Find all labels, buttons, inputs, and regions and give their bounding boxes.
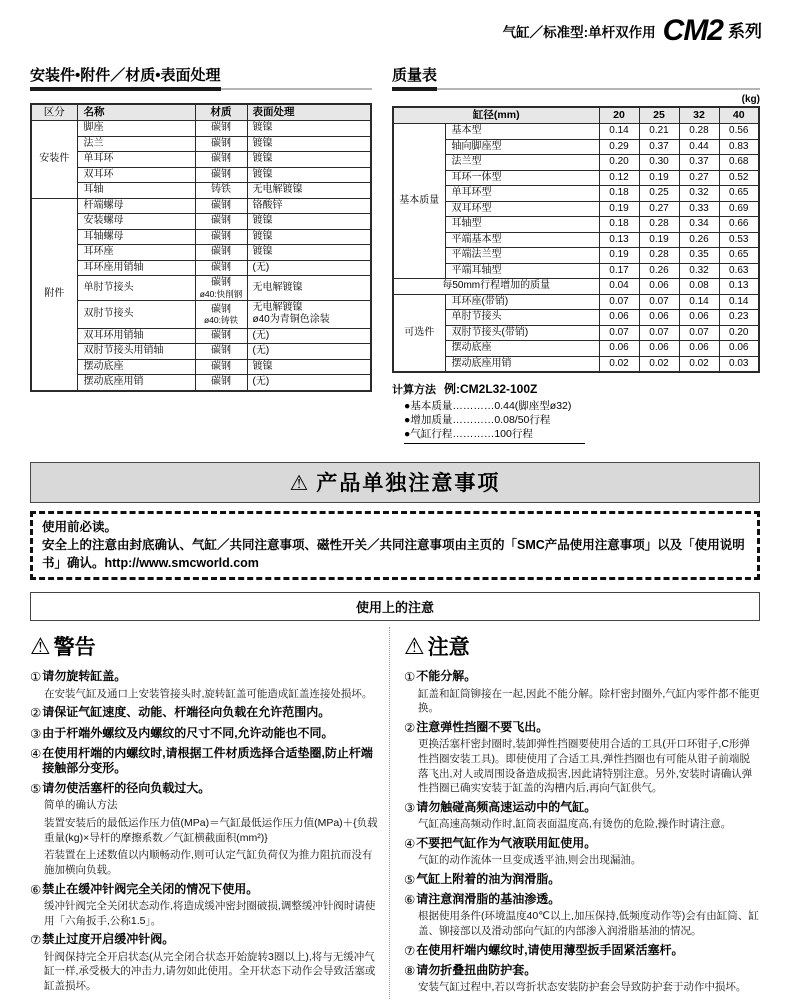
product-notice-banner: ⚠产品单独注意事项 bbox=[30, 462, 760, 503]
note-heading: ②请保证气缸速度、动能、杆端径向负载在允许范围内。 bbox=[30, 705, 379, 721]
usage-notes-title-bar: 使用上的注意 bbox=[30, 592, 760, 621]
table-row: 法兰碳钢镀镍 bbox=[31, 136, 371, 152]
weight-value-cell: 0.06 bbox=[599, 310, 639, 326]
note-item: ②注意弹性挡圈不要飞出。更换活塞杆密封圈时,装卸弹性挡圈要使用合适的工具(开口环… bbox=[404, 720, 760, 796]
surface-cell: (无) bbox=[247, 260, 371, 276]
surface-cell: 镀镍 bbox=[247, 229, 371, 245]
weight-value-cell: 0.14 bbox=[599, 124, 639, 140]
weight-value-cell: 0.35 bbox=[679, 248, 719, 264]
note-heading: ⑥禁止在缓冲针阀完全关闭的情况下使用。 bbox=[30, 882, 379, 898]
table-row: 双肘节接头碳钢ø40:铸铁无电解镀镍ø40为青铜色涂装 bbox=[31, 300, 371, 328]
note-heading-text: 请勿旋转缸盖。 bbox=[42, 669, 126, 685]
surface-line: 镀镍 bbox=[253, 246, 367, 259]
table-row: 基本质量基本型0.140.210.280.56 bbox=[393, 124, 759, 140]
part-name-cell: 单肘节接头 bbox=[77, 276, 195, 301]
weight-value-cell: 0.18 bbox=[599, 186, 639, 202]
column-header-material: 材质 bbox=[195, 104, 247, 121]
preread-line1: 使用前必读。 bbox=[42, 518, 748, 536]
part-name-cell: 双耳环 bbox=[77, 167, 195, 183]
note-heading: ⑦在使用杆端内螺纹时,请使用薄型扳手固紧活塞杆。 bbox=[404, 943, 760, 959]
column-header-surface: 表面处理 bbox=[247, 104, 371, 121]
preread-line2: 安全上的注意由封底确认、气缸／共同注意事项、磁性开关／共同注意事项由主页的「SM… bbox=[42, 536, 748, 572]
usage-notes-columns: ⚠ 警告 ①请勿旋转缸盖。在安装气缸及通口上安装管接头时,旋转缸盖可能造成缸盖连… bbox=[30, 627, 760, 999]
material-line: 碳钢 bbox=[200, 231, 243, 244]
weight-value-cell: 0.19 bbox=[599, 201, 639, 217]
table-row: 轴向脚座型0.290.370.440.83 bbox=[393, 139, 759, 155]
weight-section: 质量表 (kg) 缸径(mm)20253240 基本质量基本型0.140.210… bbox=[392, 64, 760, 444]
materials-section: 安装件•附件／材质•表面处理 区分 名称 材质 表面处理 安装件脚座碳钢镀镍法兰… bbox=[30, 64, 372, 444]
weight-value-cell: 0.63 bbox=[719, 263, 759, 279]
table-row: 平端法兰型0.190.280.350.65 bbox=[393, 248, 759, 264]
note-number: ② bbox=[404, 720, 415, 736]
weight-value-cell: 0.27 bbox=[639, 201, 679, 217]
table-row: 安装螺母碳钢镀镍 bbox=[31, 214, 371, 230]
category-cell: 附件 bbox=[31, 198, 77, 391]
table-row: 摆动底座用销0.020.020.020.03 bbox=[393, 356, 759, 372]
note-heading: ⑥请注意润滑脂的基油渗透。 bbox=[404, 892, 760, 908]
weight-value-cell: 0.17 bbox=[599, 263, 639, 279]
part-name-cell: 法兰 bbox=[77, 136, 195, 152]
surface-line: (无) bbox=[253, 376, 367, 389]
top-area: 安装件•附件／材质•表面处理 区分 名称 材质 表面处理 安装件脚座碳钢镀镍法兰… bbox=[30, 64, 760, 444]
weight-value-cell: 0.28 bbox=[639, 217, 679, 233]
material-line: 碳钢 bbox=[200, 215, 243, 228]
note-item: ⑦禁止过度开启缓冲针阀。针阀保持完全开启状态(从完全闭合状态开始旋转3圈以上),… bbox=[30, 932, 379, 993]
note-item: ①不能分解。缸盖和缸筒铆接在一起,因此不能分解。除杆密封圈外,气缸内零件都不能更… bbox=[404, 669, 760, 716]
part-name-cell: 耳轴 bbox=[77, 183, 195, 199]
note-heading-text: 请保证气缸速度、动能、杆端径向负载在允许范围内。 bbox=[42, 705, 330, 721]
note-heading: ⑤请勿使活塞杆的径向负载过大。 bbox=[30, 781, 379, 797]
note-heading: ①不能分解。 bbox=[404, 669, 760, 685]
part-name-cell: 安装螺母 bbox=[77, 214, 195, 230]
weight-value-cell: 0.06 bbox=[599, 341, 639, 357]
note-heading: ②注意弹性挡圈不要飞出。 bbox=[404, 720, 760, 736]
note-heading: ③请勿触碰高频高速运动中的气缸。 bbox=[404, 800, 760, 816]
weight-value-cell: 0.13 bbox=[719, 279, 759, 295]
weight-unit-label: (kg) bbox=[392, 94, 760, 105]
note-heading-text: 禁止在缓冲针阀完全关闭的情况下使用。 bbox=[42, 882, 258, 898]
weight-section-title: 质量表 bbox=[392, 64, 437, 91]
table-row: 双耳环碳钢镀镍 bbox=[31, 167, 371, 183]
table-row: 双耳环型0.190.270.330.69 bbox=[393, 201, 759, 217]
note-heading: ④不要把气缸作为气液联用缸使用。 bbox=[404, 836, 760, 852]
table-row: 安装件脚座碳钢镀镍 bbox=[31, 121, 371, 137]
model-type-cell: 耳环一体型 bbox=[445, 170, 599, 186]
weight-value-cell: 0.53 bbox=[719, 232, 759, 248]
table-row: 双肘节接头(带销)0.070.070.070.20 bbox=[393, 325, 759, 341]
material-cell: 碳钢 bbox=[195, 344, 247, 360]
material-cell: 碳钢 bbox=[195, 245, 247, 261]
weight-value-cell: 0.52 bbox=[719, 170, 759, 186]
part-name-cell: 耳环座用销轴 bbox=[77, 260, 195, 276]
material-cell: 碳钢 bbox=[195, 359, 247, 375]
surface-cell: 镀镍 bbox=[247, 214, 371, 230]
weight-value-cell: 0.32 bbox=[679, 263, 719, 279]
weight-value-cell: 0.65 bbox=[719, 186, 759, 202]
note-heading: ⑤气缸上附着的油为润滑脂。 bbox=[404, 872, 760, 888]
note-heading: ④在使用杆端的内螺纹时,请根据工件材质选择合适垫圈,防止杆端接触部分变形。 bbox=[30, 746, 379, 777]
page-title-prefix: 气缸／标准型:单杆双作用 bbox=[503, 25, 656, 40]
warning-triangle-icon: ⚠ bbox=[30, 633, 51, 660]
warning-heading-label: 警告 bbox=[54, 631, 96, 661]
surface-line: 镀镍 bbox=[253, 122, 367, 135]
surface-cell: 无电解镀镍ø40为青铜色涂装 bbox=[247, 300, 371, 328]
material-cell: 碳钢 bbox=[195, 198, 247, 214]
note-number: ④ bbox=[30, 746, 41, 777]
material-cell: 铸铁 bbox=[195, 183, 247, 199]
material-line: 碳钢 bbox=[200, 153, 243, 166]
weight-group-cell: 基本质量 bbox=[393, 124, 445, 279]
page-content: 安装件•附件／材质•表面处理 区分 名称 材质 表面处理 安装件脚座碳钢镀镍法兰… bbox=[0, 64, 790, 999]
model-type-cell: 单耳环型 bbox=[445, 186, 599, 202]
weight-value-cell: 0.06 bbox=[679, 341, 719, 357]
material-line: 碳钢 bbox=[200, 345, 243, 358]
caution-items: ①不能分解。缸盖和缸筒铆接在一起,因此不能分解。除杆密封圈外,气缸内零件都不能更… bbox=[404, 669, 760, 995]
note-number: ④ bbox=[404, 836, 415, 852]
table-row: 可选件耳环座(带销)0.070.070.140.14 bbox=[393, 294, 759, 310]
model-type-cell: 平端法兰型 bbox=[445, 248, 599, 264]
column-header-category: 区分 bbox=[31, 104, 77, 121]
surface-line: (无) bbox=[253, 345, 367, 358]
weight-value-cell: 0.14 bbox=[719, 294, 759, 310]
series-model-name: CM2 bbox=[663, 14, 723, 47]
weight-value-cell: 0.06 bbox=[639, 341, 679, 357]
note-number: ⑦ bbox=[404, 943, 415, 959]
model-type-cell: 基本型 bbox=[445, 124, 599, 140]
surface-line: 镀镍 bbox=[253, 153, 367, 166]
table-row: 耳环一体型0.120.190.270.52 bbox=[393, 170, 759, 186]
note-body-text: 简单的确认方法 bbox=[44, 798, 379, 813]
model-type-cell: 耳轴型 bbox=[445, 217, 599, 233]
material-line: 碳钢 bbox=[200, 138, 243, 151]
note-number: ③ bbox=[30, 726, 41, 742]
note-heading-text: 请勿使活塞杆的径向负载过大。 bbox=[42, 781, 210, 797]
model-type-cell: 轴向脚座型 bbox=[445, 139, 599, 155]
weight-value-cell: 0.07 bbox=[639, 325, 679, 341]
note-heading: ①请勿旋转缸盖。 bbox=[30, 669, 379, 685]
model-type-cell: 平端耳轴型 bbox=[445, 263, 599, 279]
weight-value-cell: 0.83 bbox=[719, 139, 759, 155]
weight-value-cell: 0.30 bbox=[639, 155, 679, 171]
surface-line: 镀镍 bbox=[253, 361, 367, 374]
note-body-text: 更换活塞杆密封圈时,装卸弹性挡圈要使用合适的工具(开口环钳子,C形弹性挡圈安装工… bbox=[418, 737, 760, 796]
weight-value-cell: 0.02 bbox=[679, 356, 719, 372]
note-item: ⑤气缸上附着的油为润滑脂。 bbox=[404, 872, 760, 888]
surface-cell: 无电解镀镍 bbox=[247, 183, 371, 199]
material-cell: 碳钢 bbox=[195, 121, 247, 137]
note-item: ④在使用杆端的内螺纹时,请根据工件材质选择合适垫圈,防止杆端接触部分变形。 bbox=[30, 746, 379, 777]
note-item: ①请勿旋转缸盖。在安装气缸及通口上安装管接头时,旋转缸盖可能造成缸盖连接处损坏。 bbox=[30, 669, 379, 701]
column-header-bore-size: 20 bbox=[599, 107, 639, 124]
calc-line: ●增加质量…………0.08/50行程 bbox=[404, 413, 571, 427]
weight-value-cell: 0.28 bbox=[679, 124, 719, 140]
calc-method-header: 计算方法例:CM2L32-100Z bbox=[392, 380, 760, 397]
note-heading-text: 请勿触碰高频高速运动中的气缸。 bbox=[416, 800, 596, 816]
weight-value-cell: 0.02 bbox=[599, 356, 639, 372]
calc-line: ●基本质量…………0.44(脚座型ø32) bbox=[404, 399, 571, 413]
note-number: ② bbox=[30, 705, 41, 721]
table-row: 摆动底座用销碳钢(无) bbox=[31, 375, 371, 391]
note-number: ⑥ bbox=[30, 882, 41, 898]
surface-cell: 镀镍 bbox=[247, 167, 371, 183]
warning-triangle-icon: ⚠ bbox=[290, 472, 309, 495]
calc-lines: ●基本质量…………0.44(脚座型ø32)●增加质量…………0.08/50行程●… bbox=[404, 399, 585, 444]
weight-value-cell: 0.44 bbox=[679, 139, 719, 155]
surface-cell: (无) bbox=[247, 328, 371, 344]
weight-table: 缸径(mm)20253240 基本质量基本型0.140.210.280.56轴向… bbox=[392, 106, 760, 373]
note-heading-text: 在使用杆端内螺纹时,请使用薄型扳手固紧活塞杆。 bbox=[416, 943, 683, 959]
note-heading-text: 不要把气缸作为气液联用缸使用。 bbox=[416, 836, 596, 852]
weight-value-cell: 0.23 bbox=[719, 310, 759, 326]
warning-triangle-icon: ⚠ bbox=[404, 633, 425, 660]
weight-header-row: 缸径(mm)20253240 bbox=[393, 107, 759, 124]
surface-line: (无) bbox=[253, 330, 367, 343]
material-cell: 碳钢 bbox=[195, 214, 247, 230]
material-line: 碳钢 bbox=[200, 200, 243, 213]
surface-cell: (无) bbox=[247, 375, 371, 391]
material-line: ø40:铸铁 bbox=[200, 316, 243, 325]
surface-cell: 镀镍 bbox=[247, 121, 371, 137]
note-heading-text: 不能分解。 bbox=[416, 669, 476, 685]
note-item: ⑤请勿使活塞杆的径向负载过大。简单的确认方法装置安装后的最低运作压力值(MPa)… bbox=[30, 781, 379, 878]
weight-value-cell: 0.19 bbox=[639, 232, 679, 248]
weight-value-cell: 0.28 bbox=[639, 248, 679, 264]
title-rule bbox=[437, 88, 760, 90]
weight-value-cell: 0.04 bbox=[599, 279, 639, 295]
calc-line: ●气缸行程…………100行程 bbox=[404, 427, 571, 441]
calc-method-label: 计算方法 bbox=[392, 384, 436, 396]
note-item: ②请保证气缸速度、动能、杆端径向负载在允许范围内。 bbox=[30, 705, 379, 721]
model-type-cell: 双耳环型 bbox=[445, 201, 599, 217]
note-item: ⑥禁止在缓冲针阀完全关闭的情况下使用。缓冲针阀完全关闭状态动作,将造成缓冲密封圈… bbox=[30, 882, 379, 929]
material-line: 碳钢 bbox=[200, 277, 243, 290]
weight-value-cell: 0.66 bbox=[719, 217, 759, 233]
surface-line: 铬酸锌 bbox=[253, 200, 367, 213]
weight-value-cell: 0.37 bbox=[679, 155, 719, 171]
material-line: 碳钢 bbox=[200, 330, 243, 343]
weight-value-cell: 0.02 bbox=[639, 356, 679, 372]
material-cell: 碳钢 bbox=[195, 167, 247, 183]
surface-cell: 铬酸锌 bbox=[247, 198, 371, 214]
note-number: ⑧ bbox=[404, 963, 415, 979]
weight-value-cell: 0.07 bbox=[599, 294, 639, 310]
weight-value-cell: 0.07 bbox=[679, 325, 719, 341]
table-row: 单肘节接头0.060.060.060.23 bbox=[393, 310, 759, 326]
weight-value-cell: 0.13 bbox=[599, 232, 639, 248]
surface-cell: 镀镍 bbox=[247, 245, 371, 261]
title-rule bbox=[221, 88, 372, 90]
caution-heading-label: 注意 bbox=[428, 631, 470, 661]
weight-value-cell: 0.37 bbox=[639, 139, 679, 155]
weight-value-cell: 0.19 bbox=[599, 248, 639, 264]
weight-value-cell: 0.56 bbox=[719, 124, 759, 140]
surface-line: 镀镍 bbox=[253, 138, 367, 151]
weight-table-body: 基本质量基本型0.140.210.280.56轴向脚座型0.290.370.44… bbox=[393, 124, 759, 373]
weight-value-cell: 0.69 bbox=[719, 201, 759, 217]
caution-heading: ⚠ 注意 bbox=[404, 631, 760, 661]
note-heading-text: 禁止过度开启缓冲针阀。 bbox=[42, 932, 174, 948]
table-row: 摆动底座0.060.060.060.06 bbox=[393, 341, 759, 357]
preread-box: 使用前必读。 安全上的注意由封底确认、气缸／共同注意事项、磁性开关／共同注意事项… bbox=[30, 511, 760, 580]
page-header: 气缸／标准型:单杆双作用CM2系列 bbox=[0, 0, 790, 48]
warning-column: ⚠ 警告 ①请勿旋转缸盖。在安装气缸及通口上安装管接头时,旋转缸盖可能造成缸盖连… bbox=[30, 627, 390, 999]
surface-line: 无电解镀镍 bbox=[253, 184, 367, 197]
materials-section-header: 安装件•附件／材质•表面处理 bbox=[30, 64, 372, 91]
table-row: 耳轴螺母碳钢镀镍 bbox=[31, 229, 371, 245]
materials-table-body: 安装件脚座碳钢镀镍法兰碳钢镀镍单耳环碳钢镀镍双耳环碳钢镀镍耳轴铸铁无电解镀镍附件… bbox=[31, 121, 371, 391]
surface-line: 无电解镀镍 bbox=[253, 302, 367, 315]
part-name-cell: 脚座 bbox=[77, 121, 195, 137]
model-type-cell: 耳环座(带销) bbox=[445, 294, 599, 310]
weight-value-cell: 0.65 bbox=[719, 248, 759, 264]
table-row: 平端耳轴型0.170.260.320.63 bbox=[393, 263, 759, 279]
part-name-cell: 耳环座 bbox=[77, 245, 195, 261]
weight-value-cell: 0.03 bbox=[719, 356, 759, 372]
category-cell: 安装件 bbox=[31, 121, 77, 199]
material-line: 碳钢 bbox=[200, 376, 243, 389]
column-header-bore: 缸径(mm) bbox=[393, 107, 599, 124]
weight-value-cell: 0.06 bbox=[639, 310, 679, 326]
note-body-text: 在安装气缸及通口上安装管接头时,旋转缸盖可能造成缸盖连接处损坏。 bbox=[44, 687, 379, 702]
materials-table-head: 区分 名称 材质 表面处理 bbox=[31, 104, 371, 121]
model-type-cell: 法兰型 bbox=[445, 155, 599, 171]
surface-line: 镀镍 bbox=[253, 231, 367, 244]
weight-value-cell: 0.25 bbox=[639, 186, 679, 202]
note-heading-text: 由于杆端外螺纹及内螺纹的尺寸不同,允许动能也不同。 bbox=[42, 726, 333, 742]
material-line: 铸铁 bbox=[200, 184, 243, 197]
surface-cell: 无电解镀镍 bbox=[247, 276, 371, 301]
weight-value-cell: 0.27 bbox=[679, 170, 719, 186]
note-body-text: 针阀保持完全开启状态(从完全闭合状态开始旋转3圈以上),将与无缓冲气缸一样,承受… bbox=[44, 950, 379, 994]
weight-section-header: 质量表 bbox=[392, 64, 760, 91]
table-row: 耳环座碳钢镀镍 bbox=[31, 245, 371, 261]
note-body-text: 缸盖和缸筒铆接在一起,因此不能分解。除杆密封圈外,气缸内零件都不能更换。 bbox=[418, 687, 760, 716]
column-header-bore-size: 25 bbox=[639, 107, 679, 124]
model-type-cell: 单肘节接头 bbox=[445, 310, 599, 326]
weight-group-cell: 可选件 bbox=[393, 294, 445, 372]
note-number: ⑤ bbox=[30, 781, 41, 797]
note-item: ③由于杆端外螺纹及内螺纹的尺寸不同,允许动能也不同。 bbox=[30, 726, 379, 742]
surface-cell: 镀镍 bbox=[247, 359, 371, 375]
column-header-name: 名称 bbox=[77, 104, 195, 121]
material-line: 碳钢 bbox=[200, 169, 243, 182]
model-type-cell: 摆动底座 bbox=[445, 341, 599, 357]
note-body-text: 气缸高速高频动作时,缸筒表面温度高,有烫伤的危险,操作时请注意。 bbox=[418, 817, 760, 832]
note-number: ⑥ bbox=[404, 892, 415, 908]
weight-value-cell: 0.32 bbox=[679, 186, 719, 202]
material-cell: 碳钢 bbox=[195, 328, 247, 344]
note-number: ① bbox=[30, 669, 41, 685]
surface-cell: 镀镍 bbox=[247, 136, 371, 152]
weight-value-cell: 0.07 bbox=[639, 294, 679, 310]
stroke-increment-label: 每50mm行程增加的质量 bbox=[393, 279, 599, 295]
material-cell: 碳钢 bbox=[195, 136, 247, 152]
part-name-cell: 摆动底座用销 bbox=[77, 375, 195, 391]
table-row: 双肘节接头用销轴碳钢(无) bbox=[31, 344, 371, 360]
note-item: ⑥请注意润滑脂的基油渗透。根据使用条件(环境温度40℃以上,加压保持,低频度动作… bbox=[404, 892, 760, 939]
calc-example-code: 例:CM2L32-100Z bbox=[444, 382, 537, 396]
note-number: ③ bbox=[404, 800, 415, 816]
part-name-cell: 单耳环 bbox=[77, 152, 195, 168]
caution-column: ⚠ 注意 ①不能分解。缸盖和缸筒铆接在一起,因此不能分解。除杆密封圈外,气缸内零… bbox=[390, 627, 760, 999]
note-body-text: 安装气缸过程中,若以弯折状态安装防护套会导致防护套于动作中损坏。 bbox=[418, 980, 760, 995]
weight-value-cell: 0.14 bbox=[679, 294, 719, 310]
table-row: 耳轴铸铁无电解镀镍 bbox=[31, 183, 371, 199]
surface-line: 镀镍 bbox=[253, 169, 367, 182]
weight-value-cell: 0.29 bbox=[599, 139, 639, 155]
usage-notes-title: 使用上的注意 bbox=[356, 600, 434, 615]
note-item: ⑦在使用杆端内螺纹时,请使用薄型扳手固紧活塞杆。 bbox=[404, 943, 760, 959]
note-heading-text: 气缸上附着的油为润滑脂。 bbox=[416, 872, 560, 888]
weight-table-head: 缸径(mm)20253240 bbox=[393, 107, 759, 124]
note-body-text: 缓冲针阀完全关闭状态动作,将造成缓冲密封圈破损,调整缓冲针阀时请使用「六角扳手,… bbox=[44, 899, 379, 928]
weight-value-cell: 0.06 bbox=[639, 279, 679, 295]
warning-items: ①请勿旋转缸盖。在安装气缸及通口上安装管接头时,旋转缸盖可能造成缸盖连接处损坏。… bbox=[30, 669, 379, 993]
weight-value-cell: 0.06 bbox=[719, 341, 759, 357]
surface-line: (无) bbox=[253, 262, 367, 275]
materials-header-row: 区分 名称 材质 表面处理 bbox=[31, 104, 371, 121]
weight-value-cell: 0.34 bbox=[679, 217, 719, 233]
material-line: ø40:快削钢 bbox=[200, 290, 243, 299]
weight-value-cell: 0.08 bbox=[679, 279, 719, 295]
table-row: 耳轴型0.180.280.340.66 bbox=[393, 217, 759, 233]
note-heading-text: 请注意润滑脂的基油渗透。 bbox=[416, 892, 560, 908]
material-cell: 碳钢 bbox=[195, 375, 247, 391]
weight-value-cell: 0.21 bbox=[639, 124, 679, 140]
surface-line: 镀镍 bbox=[253, 215, 367, 228]
part-name-cell: 杆端螺母 bbox=[77, 198, 195, 214]
material-line: 碳钢 bbox=[200, 361, 243, 374]
material-line: 碳钢 bbox=[200, 246, 243, 259]
table-row: 双耳环用销轴碳钢(无) bbox=[31, 328, 371, 344]
note-body-text: 根据使用条件(环境温度40℃以上,加压保持,低频度动作等)会有由缸筒、缸盖、铆接… bbox=[418, 909, 760, 938]
material-cell: 碳钢 bbox=[195, 260, 247, 276]
table-row: 摆动底座碳钢镀镍 bbox=[31, 359, 371, 375]
part-name-cell: 摆动底座 bbox=[77, 359, 195, 375]
notice-banner-title: 产品单独注意事项 bbox=[316, 472, 500, 495]
surface-cell: (无) bbox=[247, 344, 371, 360]
note-number: ⑤ bbox=[404, 872, 415, 888]
note-number: ① bbox=[404, 669, 415, 685]
note-item: ⑧请勿折叠扭曲防护套。安装气缸过程中,若以弯折状态安装防护套会导致防护套于动作中… bbox=[404, 963, 760, 995]
series-suffix: 系列 bbox=[728, 22, 762, 41]
material-cell: 碳钢 bbox=[195, 152, 247, 168]
weight-value-cell: 0.12 bbox=[599, 170, 639, 186]
note-number: ⑦ bbox=[30, 932, 41, 948]
model-type-cell: 双肘节接头(带销) bbox=[445, 325, 599, 341]
table-row: 附件杆端螺母碳钢铬酸锌 bbox=[31, 198, 371, 214]
note-body-text: 装置安装后的最低运作压力值(MPa)＝气缸最低运作压力值(MPa)＋{负载重量(… bbox=[44, 816, 379, 845]
calc-method-block: 计算方法例:CM2L32-100Z ●基本质量…………0.44(脚座型ø32)●… bbox=[392, 380, 760, 444]
weight-value-cell: 0.19 bbox=[639, 170, 679, 186]
table-row: 单肘节接头碳钢ø40:快削钢无电解镀镍 bbox=[31, 276, 371, 301]
materials-table: 区分 名称 材质 表面处理 安装件脚座碳钢镀镍法兰碳钢镀镍单耳环碳钢镀镍双耳环碳… bbox=[30, 103, 372, 392]
model-type-cell: 平端基本型 bbox=[445, 232, 599, 248]
model-type-cell: 摆动底座用销 bbox=[445, 356, 599, 372]
warning-heading: ⚠ 警告 bbox=[30, 631, 379, 661]
note-heading-text: 在使用杆端的内螺纹时,请根据工件材质选择合适垫圈,防止杆端接触部分变形。 bbox=[42, 746, 379, 777]
table-row: 法兰型0.200.300.370.68 bbox=[393, 155, 759, 171]
material-cell: 碳钢ø40:快削钢 bbox=[195, 276, 247, 301]
note-heading-text: 注意弹性挡圈不要飞出。 bbox=[416, 720, 548, 736]
weight-value-cell: 0.26 bbox=[679, 232, 719, 248]
surface-cell: 镀镍 bbox=[247, 152, 371, 168]
part-name-cell: 耳轴螺母 bbox=[77, 229, 195, 245]
material-cell: 碳钢 bbox=[195, 229, 247, 245]
column-header-bore-size: 32 bbox=[679, 107, 719, 124]
note-heading: ③由于杆端外螺纹及内螺纹的尺寸不同,允许动能也不同。 bbox=[30, 726, 379, 742]
column-header-bore-size: 40 bbox=[719, 107, 759, 124]
